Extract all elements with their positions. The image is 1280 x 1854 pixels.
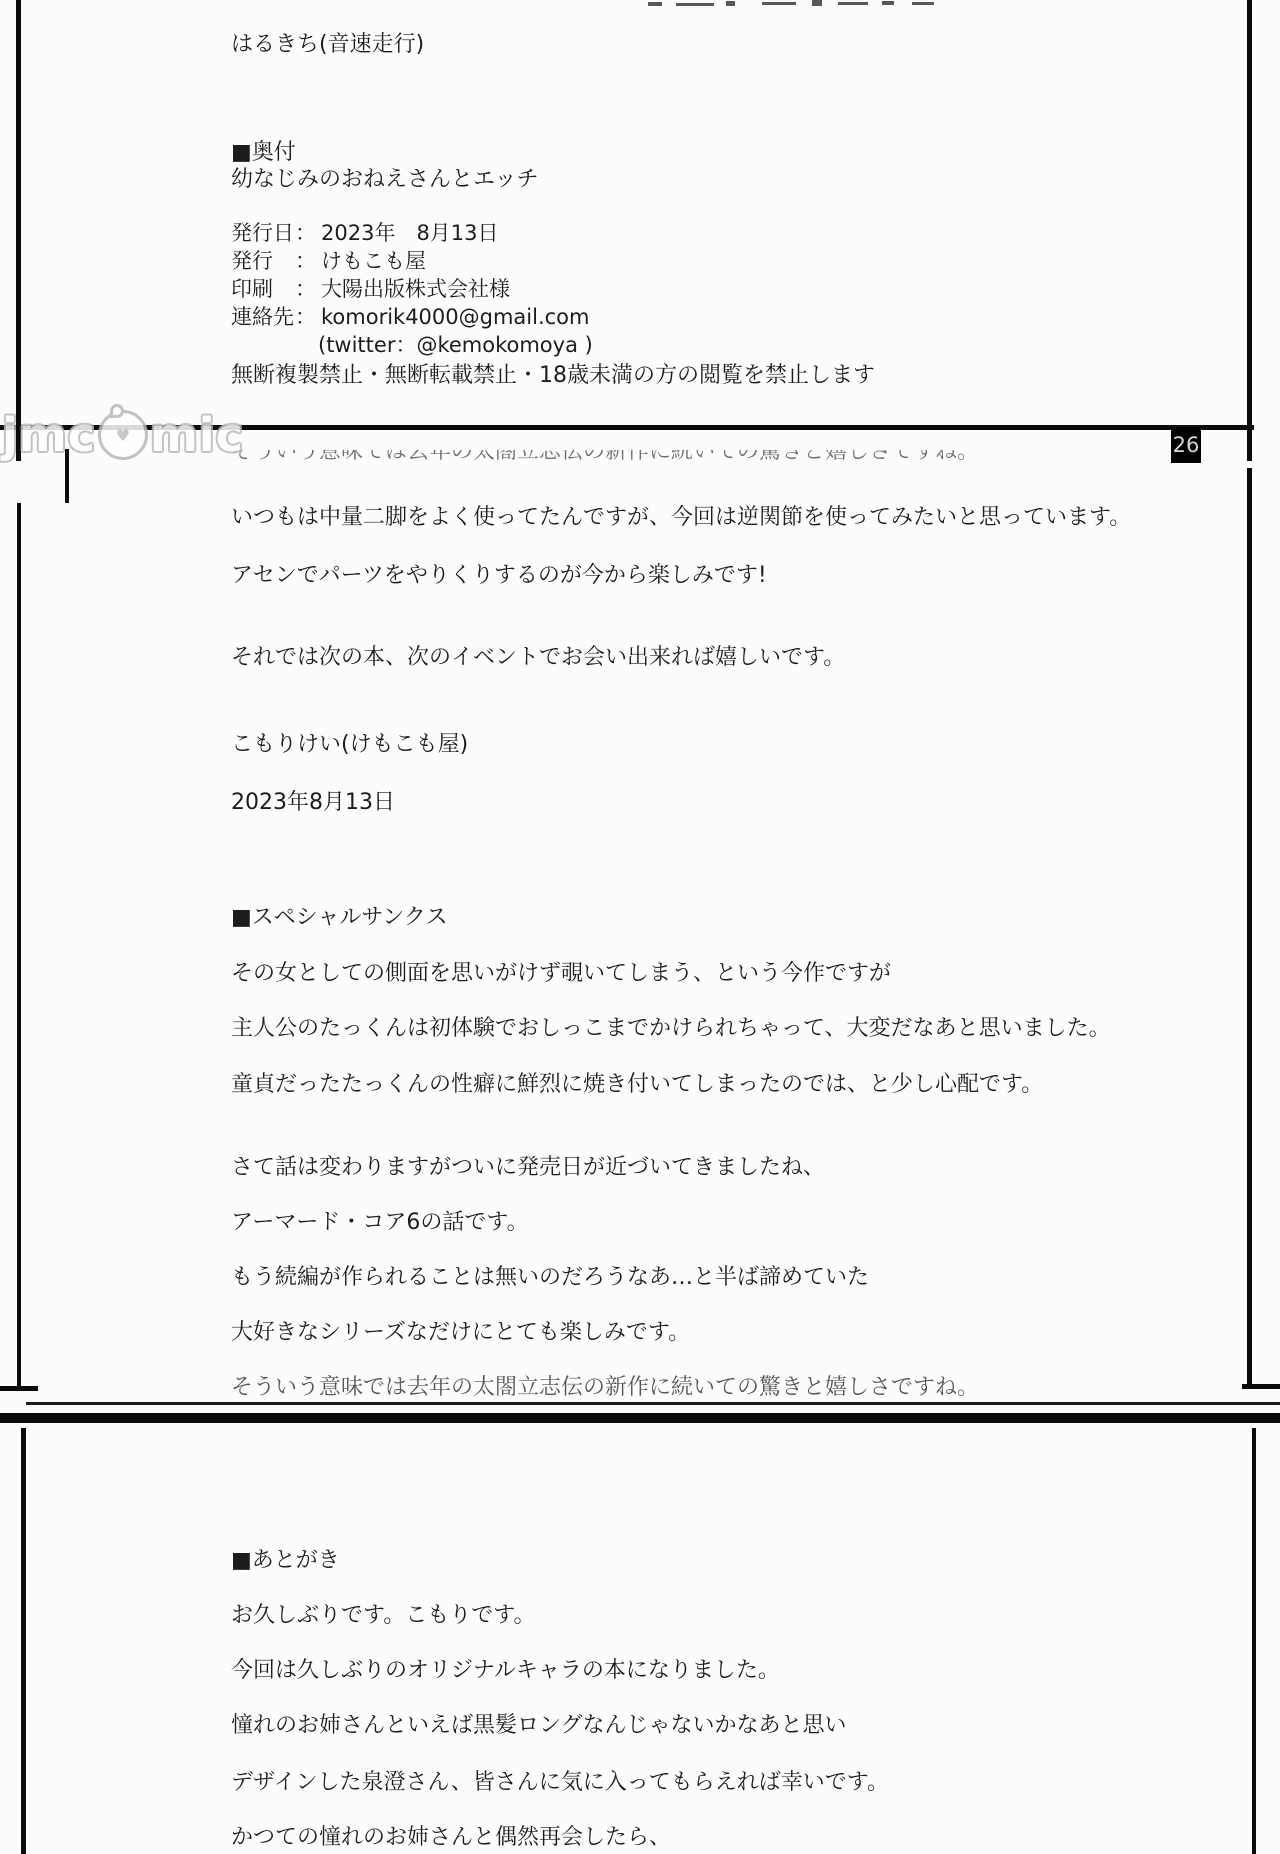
postscript-line: お久しぶりです。こもりです。 <box>231 1603 535 1629</box>
afterword-line: その女としての側面を思いがけず覗いてしまう、という今作ですが <box>231 961 891 987</box>
colophon-header: ■奥付 <box>231 140 296 166</box>
postscript-line: 今回は久しぶりのオリジナルキャラの本になりました。 <box>231 1658 780 1684</box>
afterword-line: アーマード・コア6の話です。 <box>231 1210 529 1236</box>
colophon-row-value: 2023年 8月13日 <box>321 221 499 245</box>
colophon-row: 発行：けもこも屋 <box>231 249 426 274</box>
colophon-row-label: 連絡先 <box>231 305 295 330</box>
afterword-line: 童貞だったたっくんの性癖に鮮烈に焼き付いてしまったのでは、と少し心配です。 <box>231 1072 1043 1098</box>
colophon-row-colon: ： <box>295 221 321 246</box>
watermark-text-left: jmc <box>2 408 96 462</box>
artist-credit: はるきち(音速走行) <box>231 32 424 58</box>
right-border-middle <box>1247 468 1252 1388</box>
page-number-badge: 26 <box>1171 427 1201 463</box>
colophon-row: 発行日：2023年 8月13日 <box>231 221 499 246</box>
afterword-line: もう続編が作られることは無いのだろうなあ…と半ば諦めていた <box>231 1265 869 1291</box>
page3-left-border <box>21 1428 26 1854</box>
colophon-row-colon: ： <box>295 249 321 274</box>
cutoff-ghost-line: そういう意味では去年の太閤立志伝の新作に続いての驚きと嬉しさですね。 <box>231 450 979 467</box>
page2-bottom-left-tick <box>0 1386 38 1391</box>
book-title: 幼なじみのおねえさんとエッチ <box>231 167 539 193</box>
colophon-row: 印刷：大陽出版株式会社様 <box>231 277 510 302</box>
afterword-line: それでは次の本、次のイベントでお会い出来れば嬉しいです。 <box>231 645 845 671</box>
colophon-row-label: 印刷 <box>231 277 295 302</box>
scanned-doujinshi-page: 26 jmc ♥ mic はるきち(音速走行) ■奥付 幼なじみのおねえさんとエ… <box>0 0 1280 1854</box>
colophon-row-value: けもこも屋 <box>321 249 426 273</box>
postscript-line: ■あとがき <box>231 1548 340 1574</box>
page2-bottom-edge <box>26 1402 1280 1405</box>
colophon-row-value: 大陽出版株式会社様 <box>321 277 510 301</box>
colophon-row: 連絡先：komorik4000@gmail.com <box>231 305 590 330</box>
right-border-upper <box>1247 0 1252 461</box>
postscript-line: デザインした泉澄さん、皆さんに気に入ってもらえれば幸いです。 <box>231 1770 889 1796</box>
jmcomic-watermark: jmc ♥ mic <box>2 408 244 462</box>
colophon-row-label: 発行 <box>231 249 295 274</box>
afterword-line: ■スペシャルサンクス <box>231 905 448 931</box>
page2-bottom-right-tick <box>1242 1384 1280 1389</box>
afterword-line: そういう意味では去年の太閤立志伝の新作に続いての驚きと嬉しさですね。 <box>231 1375 979 1401</box>
twitter-line: (twitter：@kemokomoya ) <box>318 333 593 358</box>
copyright-notice: 無断複製禁止・無断転載禁止・18歳未満の方の閲覧を禁止します <box>231 363 875 389</box>
postscript-line: 憧れのお姉さんといえば黒髪ロングなんじゃないかなあと思い <box>231 1713 847 1739</box>
page3-right-border <box>1252 1428 1256 1854</box>
colophon-row-label: 発行日 <box>231 221 295 246</box>
postscript-line: かつての憧れのお姉さんと偶然再会したら、 <box>231 1825 671 1851</box>
afterword-line: さて話は変わりますがついに発売日が近づいてきましたね、 <box>231 1155 825 1181</box>
afterword-line: 2023年8月13日 <box>231 790 395 816</box>
colophon-row-value: komorik4000@gmail.com <box>321 305 590 329</box>
watermark-text-right: mic <box>150 408 244 462</box>
afterword-line: アセンでパーツをやりくりするのが今から楽しみです! <box>231 563 767 589</box>
page1-left-border <box>16 0 21 461</box>
colophon-row-colon: ： <box>295 277 321 302</box>
watermark-mascot-icon: ♥ <box>98 410 148 460</box>
afterword-line: いつもは中量二脚をよく使ってたんですが、今回は逆関節を使ってみたいと思っています… <box>231 505 1131 531</box>
afterword-line: こもりけい(けもこも屋) <box>231 732 468 758</box>
afterword-line: 主人公のたっくんは初体験でおしっこまでかけられちゃって、大変だなあと思いました。 <box>231 1016 1111 1042</box>
afterword-line: 大好きなシリーズなだけにとても楽しみです。 <box>231 1320 690 1346</box>
colophon-row-colon: ： <box>295 305 321 330</box>
page2-left-border <box>17 503 21 1389</box>
page-divider-2 <box>0 1413 1280 1423</box>
